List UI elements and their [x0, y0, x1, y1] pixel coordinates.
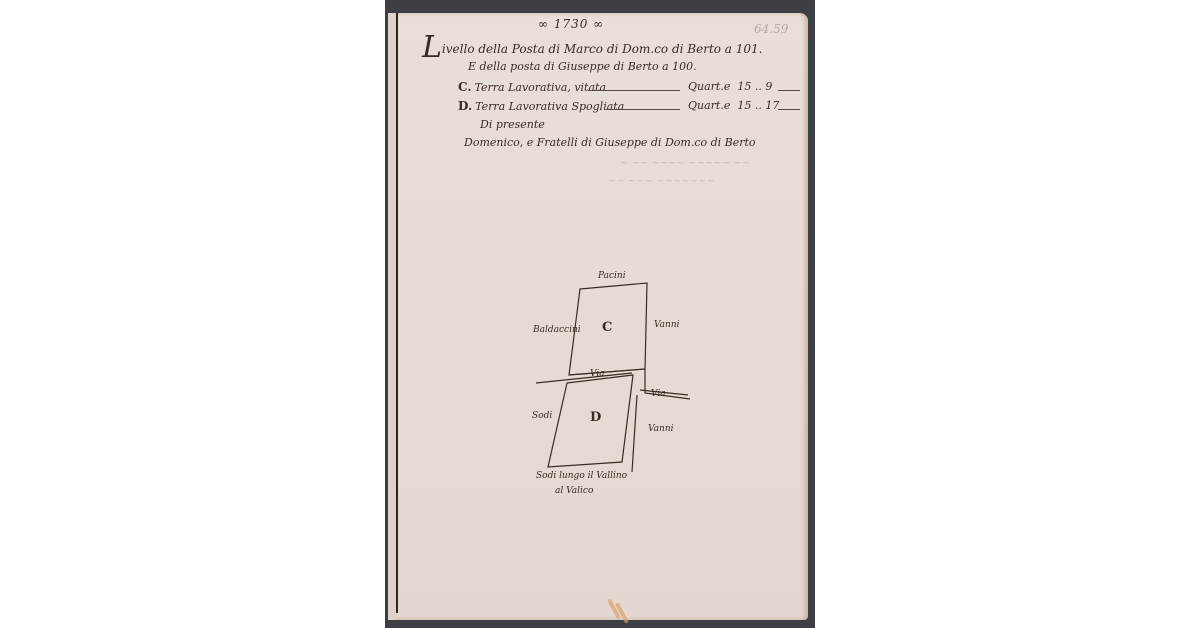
parcel-letter-c: C [602, 320, 612, 335]
parcel-entry-c: C.Terra Lavorativa, vitata [458, 80, 606, 94]
label-west-c: Baldaccini [533, 325, 581, 335]
label-north-c: Pacini [598, 271, 626, 281]
heading-line-1: Livello della Posta di Marco di Dom.co d… [422, 38, 763, 58]
bleed-through-text: ~~ ~~~ ~~~~~~~ [608, 176, 715, 187]
label-road-2: Via [651, 389, 666, 399]
heading-line-2: E della posta di Giuseppe di Berto a 100… [468, 60, 697, 73]
leader-line [588, 90, 680, 91]
bleed-through-text: ~ ~~ ~~~~ ~~~~~ ~~ [620, 158, 750, 169]
year-header: ∞ 1730 ∞ [538, 17, 604, 31]
page-binding-edge [396, 13, 398, 613]
parcel-entry-d: D.Terra Lavorativa Spogliata [458, 99, 624, 113]
leader-line [606, 109, 680, 110]
owners-label: Di presente [480, 118, 545, 131]
label-east-d: Vanni [648, 424, 674, 434]
label-south-d-1: Sodi lungo il Vallino [536, 471, 627, 481]
parcel-letter-d: D [590, 410, 601, 425]
folio-number: 64.59 [754, 22, 788, 36]
parcel-measure-d: Quart.e 15 .. 17 [688, 99, 779, 112]
leader-line [778, 90, 800, 91]
label-east-c: Vanni [654, 320, 680, 330]
label-road-1: Via [590, 369, 605, 379]
parcel-measure-c: Quart.e 15 .. 9 [688, 80, 772, 93]
label-west-d: Sodi [532, 411, 552, 421]
label-south-d-2: al Valico [555, 486, 593, 496]
page-gutter [388, 13, 396, 620]
owners-line: Domenico, e Fratelli di Giuseppe di Dom.… [464, 136, 756, 149]
decorated-initial: L [422, 30, 442, 65]
leader-line [778, 109, 800, 110]
